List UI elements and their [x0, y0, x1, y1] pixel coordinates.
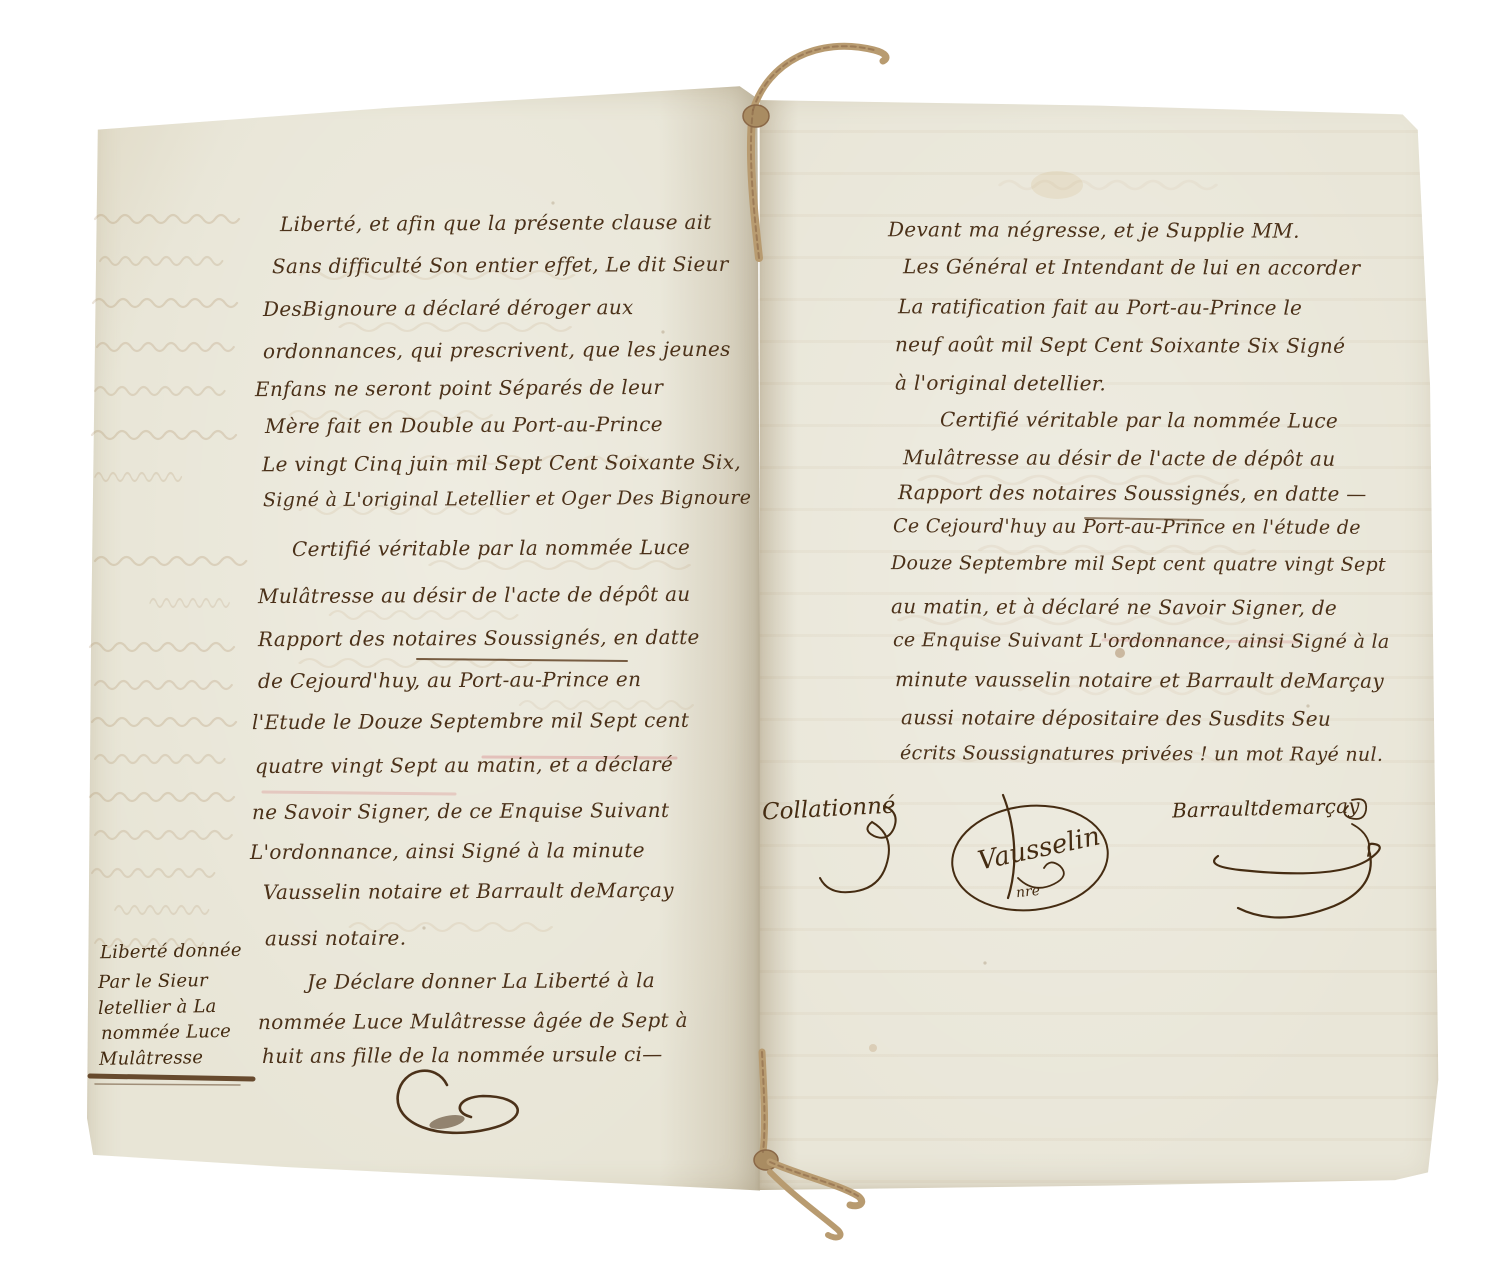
margin-note-line: Par le Sieur	[98, 970, 208, 993]
manuscript-line: La ratification fait au Port-au-Prince l…	[898, 294, 1302, 319]
manuscript-line: Vausselin notaire et Barrault deMarçay	[263, 878, 674, 904]
manuscript-line: Sans difficulté Son entier effet, Le dit…	[272, 252, 729, 278]
manuscript-line: neuf août mil Sept Cent Soixante Six Sig…	[895, 332, 1345, 358]
manuscript-line: ce Enquise Suivant L'ordonnance, ainsi S…	[893, 629, 1390, 653]
margin-note-line: Liberté donnée	[100, 940, 242, 963]
manuscript-line: Je Déclare donner La Liberté à la	[307, 968, 655, 994]
manuscript-line: quatre vingt Sept au matin, et a déclaré	[255, 752, 673, 778]
margin-note-line: nommée Luce	[101, 1021, 231, 1044]
manuscript-line: Les Général et Intendant de lui en accor…	[903, 254, 1360, 280]
manuscript-line: de Cejourd'huy, au Port-au-Prince en	[258, 667, 641, 693]
manuscript-line: aussi notaire.	[265, 926, 406, 951]
manuscript-line: DesBignoure a déclaré déroger aux	[263, 295, 634, 321]
manuscript-line: Enfans ne seront point Séparés de leur	[255, 375, 663, 401]
manuscript-line: huit ans fille de la nommée ursule ci—	[262, 1042, 663, 1068]
margin-note-line: Mulâtresse	[99, 1047, 203, 1070]
manuscript-line: Rapport des notaires Soussignés, en datt…	[898, 480, 1367, 506]
manuscript-line: nommée Luce Mulâtresse âgée de Sept à	[258, 1008, 688, 1034]
manuscript-line: Signé à L'original Letellier et Oger Des…	[263, 487, 751, 512]
signature-barrault: Barraultdemarçay	[1172, 794, 1360, 823]
manuscript-line: à l'original detellier.	[895, 371, 1106, 396]
manuscript-line: Ce Cejourd'huy au Port-au-Prince en l'ét…	[893, 515, 1361, 539]
manuscript-line: Certifié véritable par la nommée Luce	[292, 535, 690, 561]
manuscript-line: ordonnances, qui prescrivent, que les je…	[263, 337, 731, 363]
manuscript-line: Mulâtresse au désir de l'acte de dépôt a…	[903, 445, 1336, 471]
manuscript-line: ne Savoir Signer, de ce Enquise Suivant	[252, 798, 669, 824]
signature-vausselin-title: nre	[1015, 883, 1041, 901]
manuscript-line: Douze Septembre mil Sept cent quatre vin…	[891, 552, 1386, 576]
manuscript-line: minute vausselin notaire et Barrault deM…	[895, 667, 1384, 693]
manuscript-line: aussi notaire dépositaire des Susdits Se…	[901, 705, 1331, 731]
manuscript-line: Liberté, et afin que la présente clause …	[280, 210, 712, 236]
margin-note-line: letellier à La	[98, 996, 217, 1019]
manuscript-line: au matin, et à déclaré ne Savoir Signer,…	[891, 594, 1337, 620]
manuscript-line: Devant ma négresse, et je Supplie MM.	[888, 217, 1300, 242]
manuscript-line: écrits Soussignatures privées ! un mot R…	[900, 742, 1383, 766]
manuscript-line: Le vingt Cinq juin mil Sept Cent Soixant…	[262, 450, 741, 477]
manuscript-line: l'Etude le Douze Septembre mil Sept cent	[252, 708, 689, 734]
manuscript-line: Rapport des notaires Soussignés, en datt…	[258, 625, 700, 651]
manuscript-line: L'ordonnance, ainsi Signé à la minute	[250, 838, 645, 864]
manuscript-line: Certifié véritable par la nommée Luce	[940, 407, 1338, 432]
manuscript-photo: Liberté, et afin que la présente clause …	[0, 0, 1500, 1264]
manuscript-line: Mère fait en Double au Port-au-Prince	[265, 412, 663, 438]
manuscript-line: Mulâtresse au désir de l'acte de dépôt a…	[258, 582, 691, 608]
